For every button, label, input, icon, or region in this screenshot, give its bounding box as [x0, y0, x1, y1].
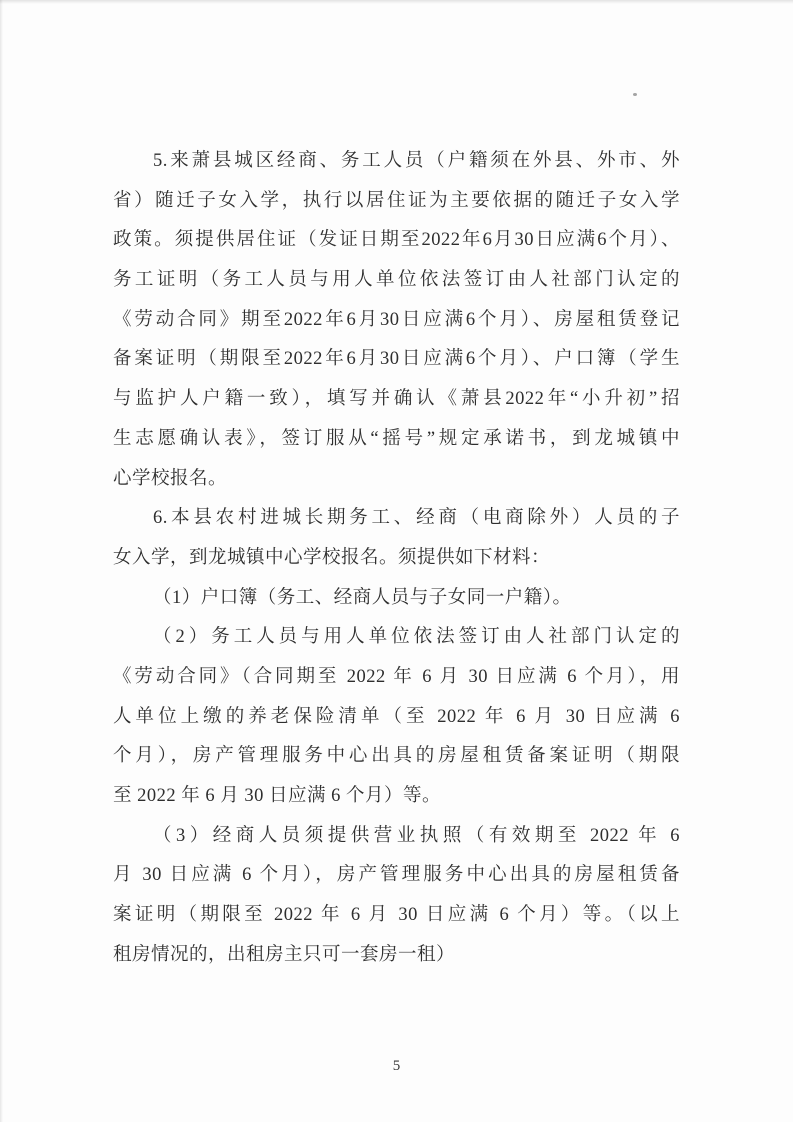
- text-line: 人单位上缴的养老保险清单（至 2022 年 6 月 30 日应满 6: [113, 698, 680, 738]
- text-line: 个月），房产管理服务中心出具的房屋租赁备案证明（期限: [113, 737, 680, 777]
- scan-edge-left-artifact: [0, 0, 3, 1122]
- text-line: 月 30 日应满 6 个月），房产管理服务中心出具的房屋租赁备: [113, 856, 680, 896]
- scan-edge-top-artifact: [0, 0, 793, 4]
- text-line: 与监护人户籍一致），填写并确认《萧县2022年“小升初”招: [113, 380, 680, 420]
- text-line: 省）随迁子女入学，执行以居住证为主要依据的随迁子女入学: [113, 182, 680, 222]
- text-line: 政策。须提供居住证（发证日期至2022年6月30日应满6个月）、: [113, 221, 680, 261]
- text-line: （2）务工人员与用人单位依法签订由人社部门认定的: [113, 618, 680, 658]
- text-line: 至 2022 年 6 月 30 日应满 6 个月）等。: [113, 777, 680, 817]
- page-number: 5: [0, 1058, 793, 1075]
- text-line: 《劳动合同》期至2022年6月30日应满6个月）、房屋租赁登记: [113, 301, 680, 341]
- text-line: （1）户口簿（务工、经商人员与子女同一户籍）。: [113, 579, 680, 619]
- document-body: 5.来萧县城区经商、务工人员（户籍须在外县、外市、外省）随迁子女入学，执行以居住…: [113, 142, 680, 975]
- text-line: 务工证明（务工人员与用人单位依法签订由人社部门认定的: [113, 261, 680, 301]
- text-line: 女入学，到龙城镇中心学校报名。须提供如下材料：: [113, 539, 680, 579]
- text-line: 《劳动合同》（合同期至 2022 年 6 月 30 日应满 6 个月），用: [113, 658, 680, 698]
- text-line: （3）经商人员须提供营业执照（有效期至 2022 年 6: [113, 817, 680, 857]
- scan-speck-artifact: [633, 93, 637, 96]
- text-line: 案证明（期限至 2022 年 6 月 30 日应满 6 个月）等。（以上: [113, 896, 680, 936]
- document-page: 5.来萧县城区经商、务工人员（户籍须在外县、外市、外省）随迁子女入学，执行以居住…: [0, 0, 793, 1122]
- text-line: 6.本县农村进城长期务工、经商（电商除外）人员的子: [113, 499, 680, 539]
- text-line: 5.来萧县城区经商、务工人员（户籍须在外县、外市、外: [113, 142, 680, 182]
- text-line: 租房情况的，出租房主只可一套房一租）: [113, 936, 680, 976]
- text-line: 备案证明（期限至2022年6月30日应满6个月）、户口簿（学生: [113, 340, 680, 380]
- text-line: 心学校报名。: [113, 460, 680, 500]
- text-line: 生志愿确认表》，签订服从“摇号”规定承诺书，到龙城镇中: [113, 420, 680, 460]
